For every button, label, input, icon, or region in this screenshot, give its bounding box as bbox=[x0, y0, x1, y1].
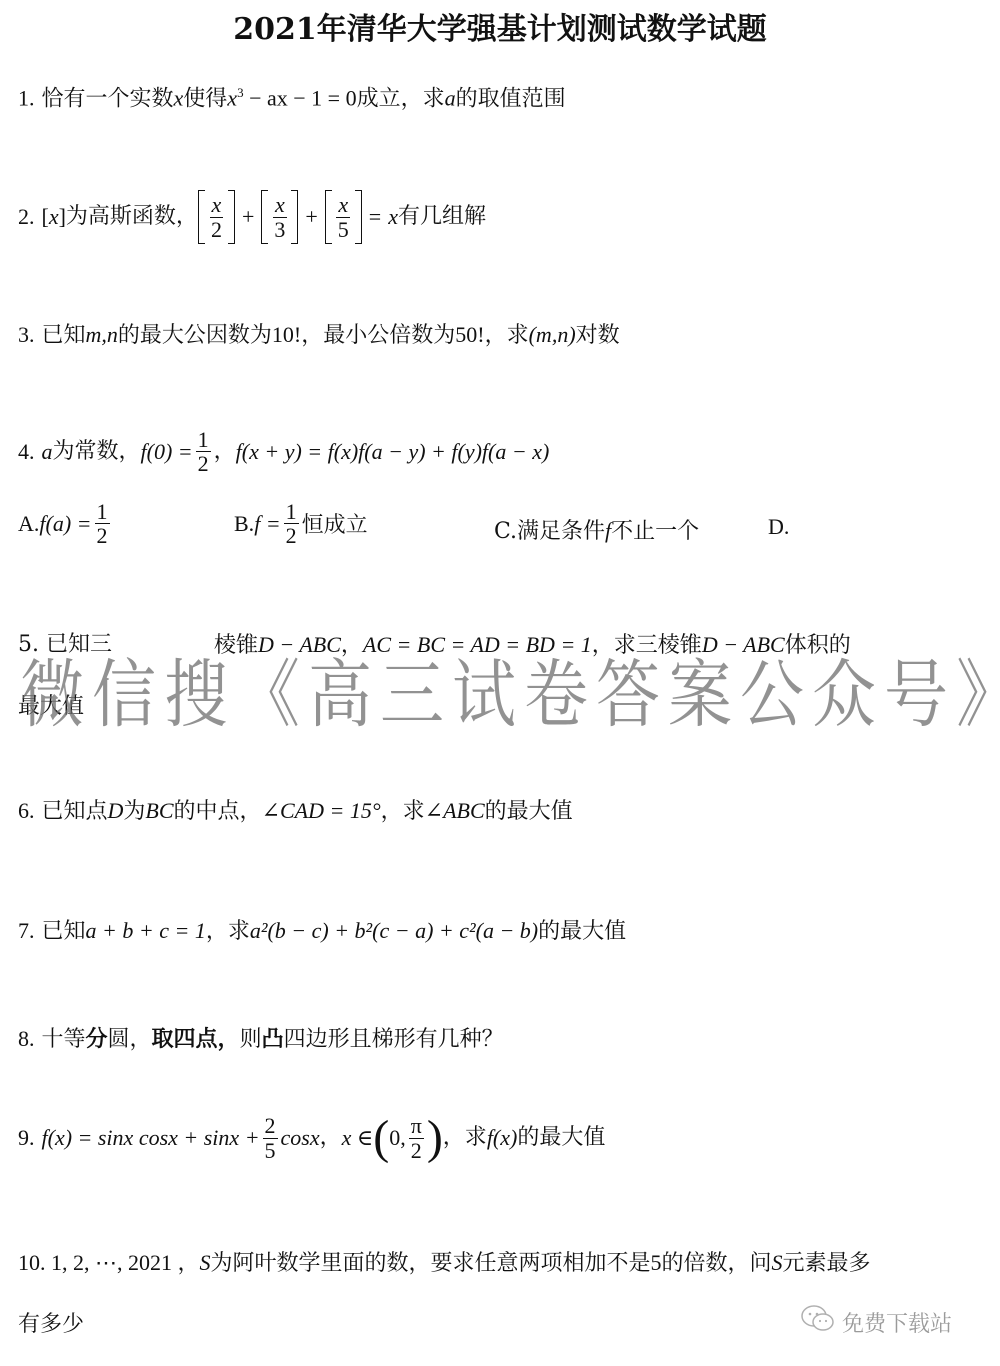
question-9: 9. f(x) = sinx cosx + sinx + 25 cosx ， x… bbox=[18, 1114, 605, 1162]
math-expr: f(x) = sinx cosx + sinx + bbox=[42, 1127, 260, 1149]
math-expr: f = bbox=[254, 511, 280, 537]
q-text: 的最大值 bbox=[538, 919, 626, 944]
fraction-half: 12 bbox=[196, 428, 211, 475]
math-expr: f(0) = bbox=[141, 441, 193, 463]
math-value: 0, bbox=[389, 1127, 406, 1149]
math-expr: cosx bbox=[281, 1127, 320, 1149]
floor-term-2: x3 bbox=[261, 190, 298, 244]
q-text: ， bbox=[320, 1127, 342, 1149]
math-var: a bbox=[445, 85, 456, 110]
option-label: C.满足条件 bbox=[494, 519, 605, 544]
wechat-icon bbox=[800, 1304, 836, 1340]
fraction-denominator: 5 bbox=[263, 1139, 278, 1162]
option-label: A. bbox=[18, 511, 39, 537]
fraction-numerator: x bbox=[336, 193, 350, 217]
math-var: BC bbox=[145, 798, 173, 823]
math-op: + bbox=[305, 206, 317, 228]
fraction-denominator: 2 bbox=[95, 524, 110, 547]
fraction-denominator: 3 bbox=[272, 218, 287, 241]
q-text: 有几组解 bbox=[398, 206, 486, 228]
q-text: 为高斯函数， bbox=[66, 206, 198, 228]
math-expr: ∠CAD = 15° bbox=[262, 798, 381, 823]
question-6: 6. 已知点D为BC的中点，∠CAD = 15°，求∠ABC的最大值 bbox=[18, 800, 573, 823]
badge-text: 免费下载站 bbox=[842, 1307, 952, 1338]
q-text: 元素最多 bbox=[783, 1251, 871, 1276]
q-number: 9. bbox=[18, 1127, 35, 1149]
floor-term-3: x5 bbox=[325, 190, 362, 244]
math-var: D bbox=[108, 798, 124, 823]
q-text: 为 bbox=[123, 799, 145, 824]
math-expr: f(x) bbox=[487, 1127, 518, 1149]
question-7: 7. 已知a + b + c = 1，求a²(b − c) + b²(c − a… bbox=[18, 920, 626, 943]
option-c: C.满足条件f不止一个 bbox=[494, 514, 699, 545]
q-number: 4. bbox=[18, 441, 35, 463]
fraction-denominator: 2 bbox=[409, 1139, 424, 1162]
q-text: ，求 bbox=[485, 323, 529, 348]
q-number: 3. bbox=[18, 322, 35, 347]
q-text: 凸 bbox=[262, 1026, 284, 1052]
fraction-numerator: 2 bbox=[263, 1114, 278, 1138]
fraction-denominator: 2 bbox=[209, 218, 224, 241]
question-10-line-2: 有多少 bbox=[18, 1314, 84, 1336]
q-text: 的最大公因数为 bbox=[118, 323, 272, 348]
q-text: 对数 bbox=[576, 323, 620, 348]
q-text: 恒成立 bbox=[302, 508, 368, 539]
q-text: ，最小公倍数为 bbox=[301, 323, 455, 348]
q-text: 圆， bbox=[108, 1027, 152, 1052]
q-text: 已知 bbox=[42, 919, 86, 944]
math-op: + bbox=[242, 206, 254, 228]
fraction-denominator: 2 bbox=[284, 524, 299, 547]
fraction-numerator: x bbox=[273, 193, 287, 217]
q-text: 则 bbox=[240, 1027, 262, 1052]
math-expr: x ∈ bbox=[342, 1127, 374, 1149]
fraction-denominator: 2 bbox=[196, 452, 211, 475]
q-number: 6. bbox=[18, 798, 35, 823]
q-text: ，求 bbox=[381, 799, 425, 824]
math-paren: ( bbox=[373, 1114, 389, 1162]
math-bracket: [ bbox=[42, 206, 49, 228]
question-8: 8. 十等分圆，取四点，则凸四边形且梯形有几种？ bbox=[18, 1028, 504, 1051]
q-text: 已知 bbox=[42, 323, 86, 348]
q-number: 7. bbox=[18, 918, 35, 943]
q-text: 的取值范围 bbox=[456, 86, 566, 111]
math-var: x bbox=[174, 85, 184, 110]
option-label: B. bbox=[234, 511, 254, 537]
math-expr: 1, 2, ⋯, 2021 bbox=[46, 1250, 178, 1275]
option-d: D. bbox=[768, 514, 789, 540]
math-expr: f(a) = bbox=[39, 511, 91, 537]
q-number: 1. bbox=[18, 85, 35, 110]
fraction-numerator: 1 bbox=[95, 500, 110, 524]
q-number: 10. bbox=[18, 1250, 46, 1275]
math-paren: ) bbox=[427, 1114, 443, 1162]
fraction-two-fifths: 25 bbox=[263, 1114, 278, 1161]
q-number: 8. bbox=[18, 1026, 35, 1051]
document-title: 2021年清华大学强基计划测试数学试题 bbox=[0, 4, 1000, 48]
q-text: 的中点， bbox=[174, 799, 262, 824]
q-text: ， bbox=[214, 441, 236, 463]
q-text: 四边形且梯形有几种？ bbox=[284, 1027, 504, 1052]
math-var: a bbox=[42, 441, 53, 463]
fraction-half: 12 bbox=[284, 500, 299, 547]
q-text: 为阿叶数学里面的数，要求任意两项相加不是 bbox=[211, 1251, 651, 1276]
fraction-denominator: 5 bbox=[336, 218, 351, 241]
q-text: ，求 bbox=[443, 1127, 487, 1149]
math-bracket: ] bbox=[59, 206, 66, 228]
math-var: (m,n) bbox=[529, 322, 576, 347]
q-text: 十等 bbox=[42, 1027, 86, 1052]
q-text: 分 bbox=[86, 1026, 108, 1052]
fraction-half: 12 bbox=[95, 500, 110, 547]
q-text: 成立，求 bbox=[357, 86, 445, 111]
fraction-pi-half: π2 bbox=[409, 1114, 424, 1161]
math-expr: ∠ABC bbox=[425, 798, 485, 823]
question-4: 4. a 为常数， f(0) = 12 ， f(x + y) = f(x)f(a… bbox=[18, 428, 549, 475]
math-var: x bbox=[388, 206, 398, 228]
q-text: 已知点 bbox=[42, 799, 108, 824]
option-b: B.f = 12 恒成立 bbox=[234, 500, 368, 547]
math-value: 50! bbox=[455, 322, 484, 347]
q-text: 恰有一个实数 bbox=[42, 86, 174, 111]
floor-term-1: x2 bbox=[198, 190, 235, 244]
math-op: = bbox=[369, 206, 381, 228]
q-text: 的最大值 bbox=[485, 799, 573, 824]
math-var: x bbox=[227, 85, 237, 110]
question-2: 2. [x] 为高斯函数， x2 + x3 + x5 = x有几组解 bbox=[18, 190, 486, 244]
option-a: A.f(a) = 12 bbox=[18, 500, 113, 547]
question-10-line-1: 10. 1, 2, ⋯, 2021 ，S为阿叶数学里面的数，要求任意两项相加不是… bbox=[18, 1252, 871, 1275]
q-text: 的倍数，问 bbox=[662, 1251, 772, 1276]
fraction-numerator: 1 bbox=[196, 428, 211, 452]
q-text: 的最大值 bbox=[517, 1127, 605, 1149]
math-var: S bbox=[200, 1250, 211, 1275]
q-text: 取四点， bbox=[152, 1026, 240, 1052]
watermark-overlay: 微信搜《高三试卷答案公众号》 bbox=[20, 636, 1000, 742]
math-expr: f(x + y) = f(x)f(a − y) + f(y)f(a − x) bbox=[236, 441, 550, 463]
math-var: S bbox=[772, 1250, 783, 1275]
math-expr: a + b + c = 1 bbox=[86, 918, 206, 943]
math-expr: a²(b − c) + b²(c − a) + c²(a − b) bbox=[250, 918, 538, 943]
math-var: x bbox=[49, 206, 59, 228]
math-expr: − ax − 1 = bbox=[244, 85, 346, 110]
math-value: 5 bbox=[651, 1250, 662, 1275]
fraction-numerator: x bbox=[210, 193, 224, 217]
fraction-numerator: π bbox=[409, 1114, 424, 1138]
q-text: 不止一个 bbox=[611, 519, 699, 544]
question-3: 3. 已知m,n的最大公因数为10!，最小公倍数为50!，求(m,n)对数 bbox=[18, 324, 620, 347]
wechat-badge: 免费下载站 bbox=[800, 1304, 952, 1340]
q-text: ， bbox=[178, 1251, 200, 1276]
math-value: 10! bbox=[272, 322, 301, 347]
q-text: ，求 bbox=[206, 919, 250, 944]
q-number: 2. bbox=[18, 206, 35, 228]
math-value: 0 bbox=[346, 85, 357, 110]
question-1: 1. 恰有一个实数x使得x3 − ax − 1 = 0成立，求a的取值范围 bbox=[18, 86, 566, 110]
q-text: 为常数， bbox=[53, 441, 141, 463]
q-text: 使得 bbox=[183, 86, 227, 111]
fraction-numerator: 1 bbox=[284, 500, 299, 524]
math-var: m,n bbox=[86, 322, 118, 347]
